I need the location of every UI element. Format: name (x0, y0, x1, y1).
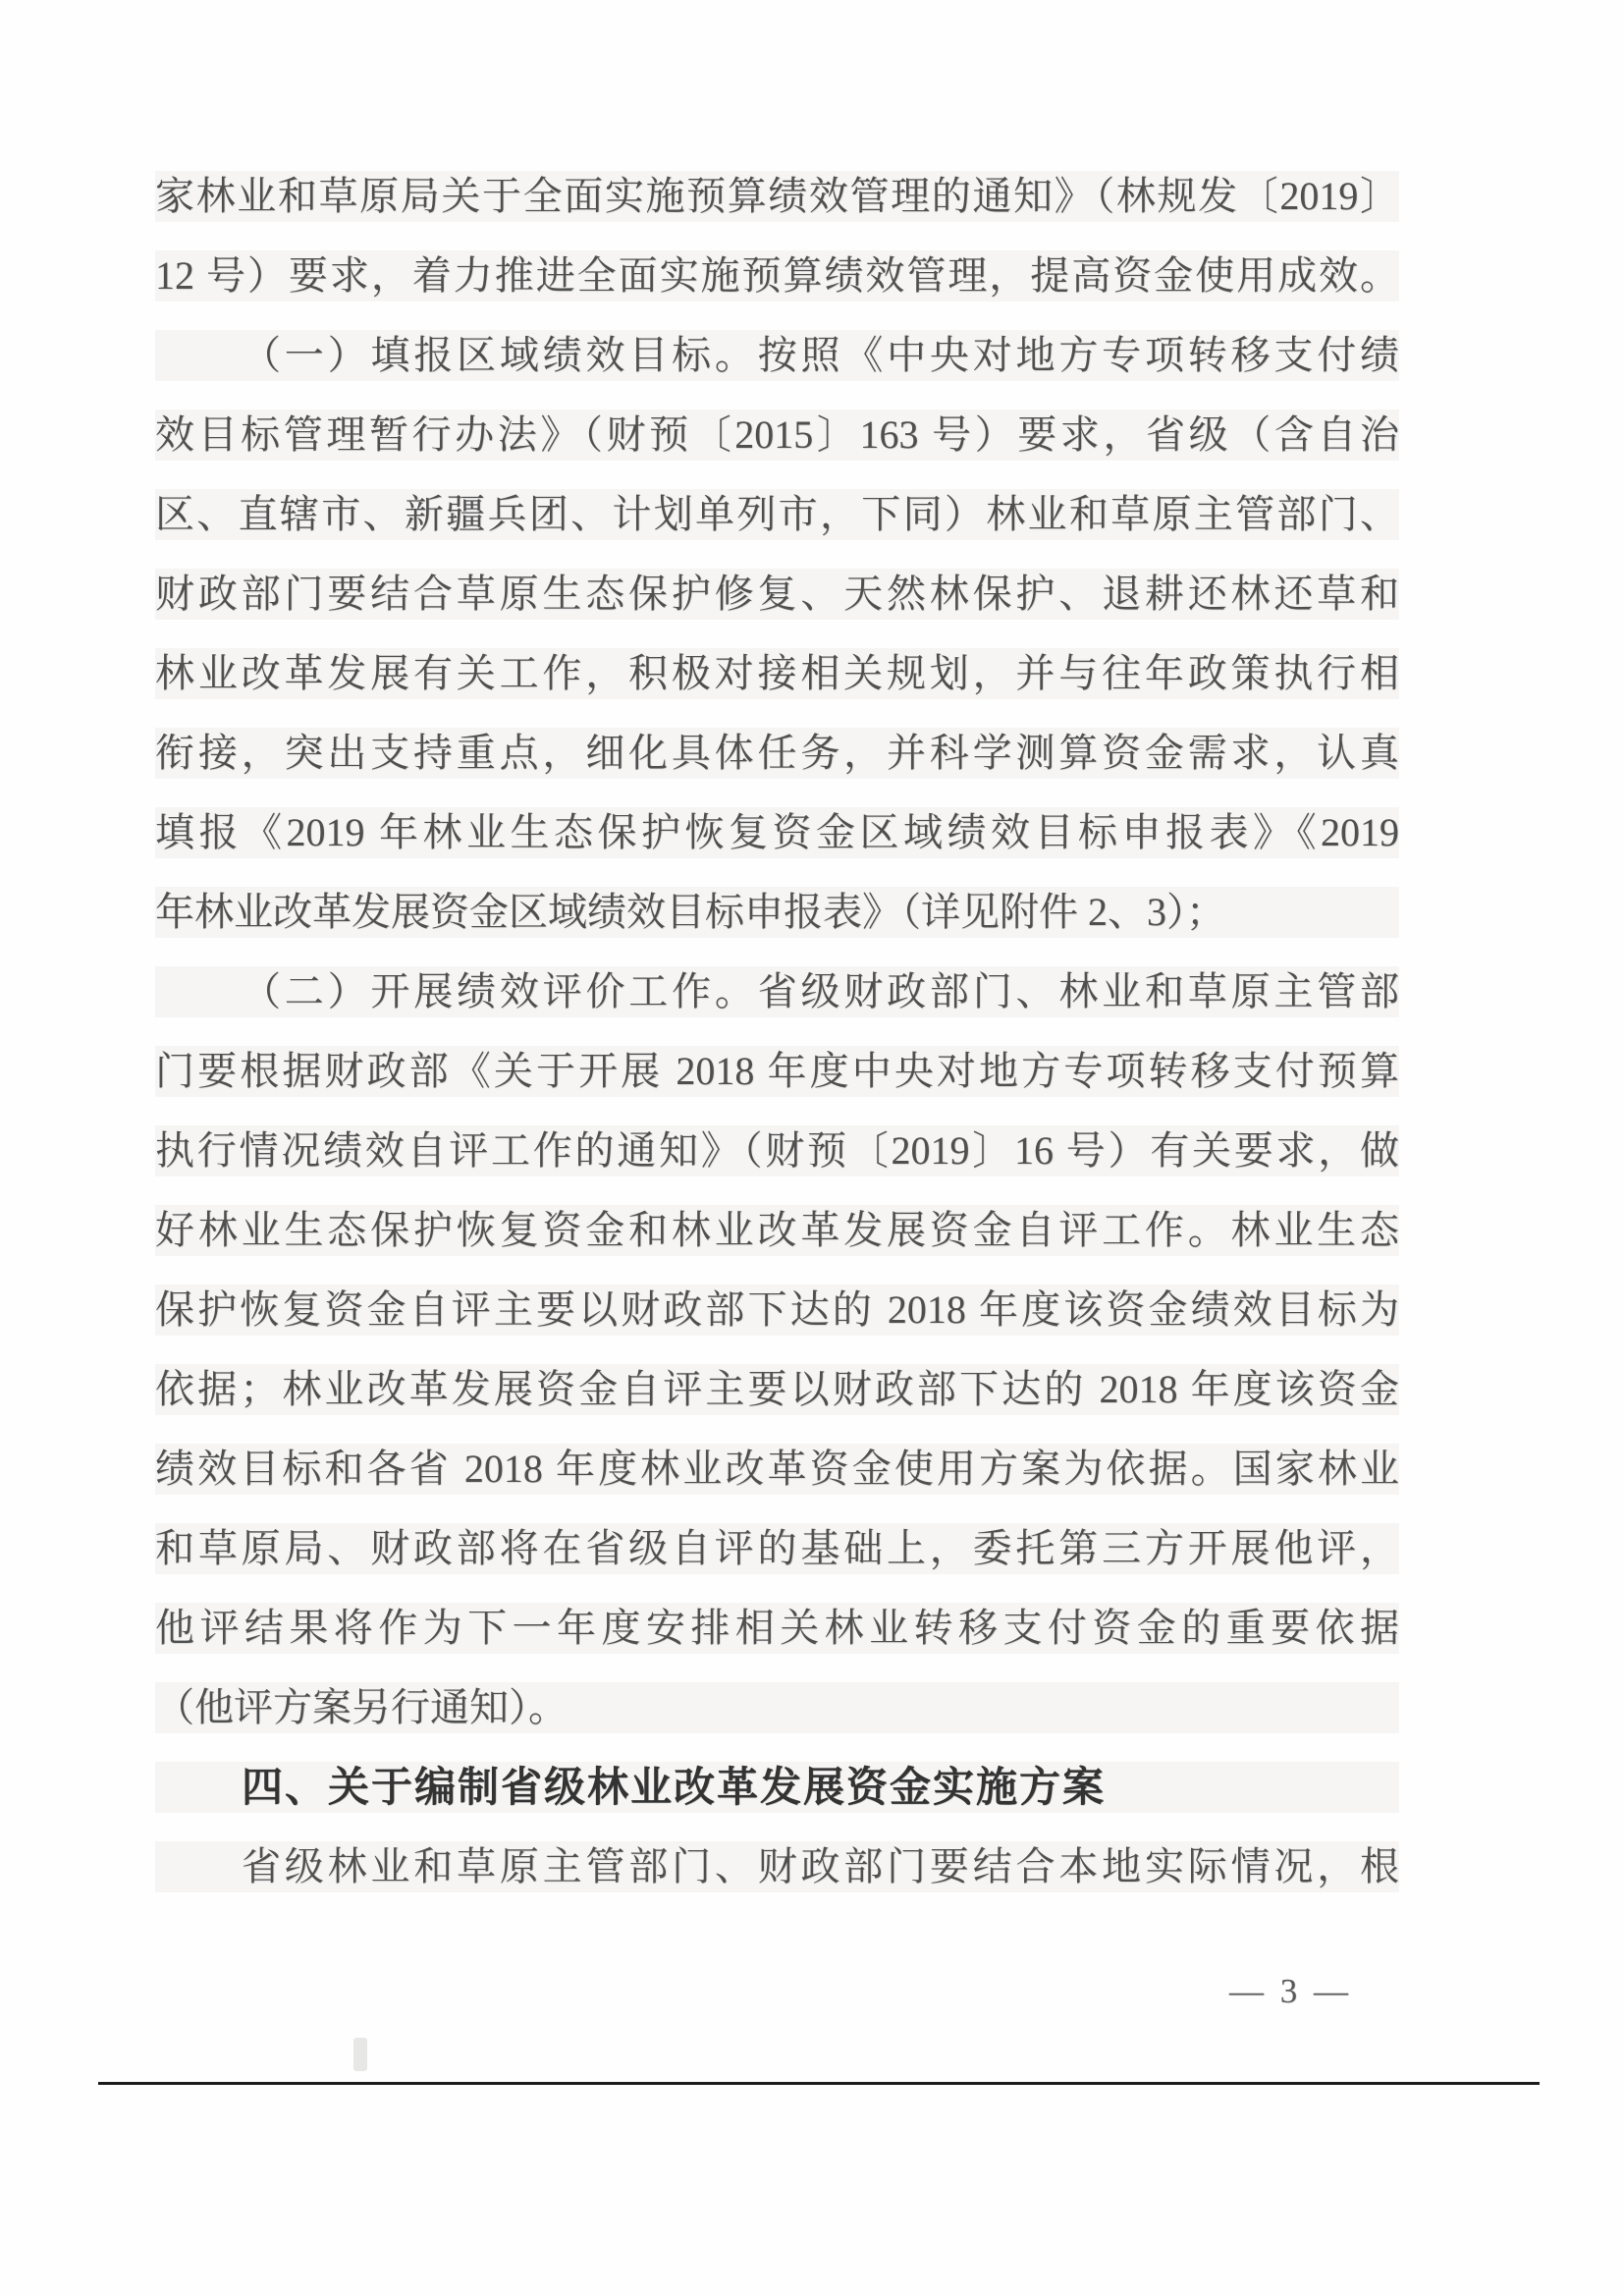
text-line: 衔接，突出支持重点，细化具体任务，并科学测算资金需求，认真 (155, 728, 1399, 779)
page-number: — 3 — (155, 1970, 1399, 2013)
text-line: 效目标管理暂行办法》（财预〔2015〕163 号）要求，省级（含自治 (155, 410, 1399, 461)
document-text-block: 家林业和草原局关于全面实施预算绩效管理的通知》（林规发〔2019〕 12 号）要… (155, 171, 1399, 1921)
text-line: 绩效目标和各省 2018 年度林业改革资金使用方案为依据。国家林业 (155, 1444, 1399, 1495)
text-line: 执行情况绩效自评工作的通知》（财预〔2019〕16 号）有关要求，做 (155, 1125, 1399, 1176)
text-line: （一）填报区域绩效目标。按照《中央对地方专项转移支付绩 (155, 330, 1399, 381)
text-line: 区、直辖市、新疆兵团、计划单列市，下同）林业和草原主管部门、 (155, 489, 1399, 540)
text-line: 年林业改革发展资金区域绩效目标申报表》（详见附件 2、3）； (155, 887, 1399, 938)
text-line: 家林业和草原局关于全面实施预算绩效管理的通知》（林规发〔2019〕 (155, 171, 1399, 222)
text-line: 保护恢复资金自评主要以财政部下达的 2018 年度该资金绩效目标为 (155, 1285, 1399, 1336)
scan-artifact (353, 2038, 367, 2071)
text-line: （二）开展绩效评价工作。省级财政部门、林业和草原主管部 (155, 966, 1399, 1017)
text-line: 填报《2019 年林业生态保护恢复资金区域绩效目标申报表》《2019 (155, 807, 1399, 858)
document-page: 家林业和草原局关于全面实施预算绩效管理的通知》（林规发〔2019〕 12 号）要… (0, 0, 1623, 2296)
text-line: 他评结果将作为下一年度安排相关林业转移支付资金的重要依据 (155, 1603, 1399, 1654)
text-line: 12 号）要求，着力推进全面实施预算绩效管理，提高资金使用成效。 (155, 250, 1399, 301)
footer-divider (98, 2082, 1540, 2085)
text-line: 和草原局、财政部将在省级自评的基础上，委托第三方开展他评， (155, 1523, 1399, 1574)
text-line: 财政部门要结合草原生态保护修复、天然林保护、退耕还林还草和 (155, 569, 1399, 620)
text-line: 门要根据财政部《关于开展 2018 年度中央对地方专项转移支付预算 (155, 1046, 1399, 1097)
text-line: （他评方案另行通知）。 (155, 1682, 1399, 1733)
text-line: 依据；林业改革发展资金自评主要以财政部下达的 2018 年度该资金 (155, 1364, 1399, 1415)
text-line: 林业改革发展有关工作，积极对接相关规划，并与往年政策执行相 (155, 648, 1399, 699)
text-line: 省级林业和草原主管部门、财政部门要结合本地实际情况，根 (155, 1841, 1399, 1892)
text-line: 好林业生态保护恢复资金和林业改革发展资金自评工作。林业生态 (155, 1205, 1399, 1256)
section-heading: 四、关于编制省级林业改革发展资金实施方案 (155, 1762, 1399, 1813)
